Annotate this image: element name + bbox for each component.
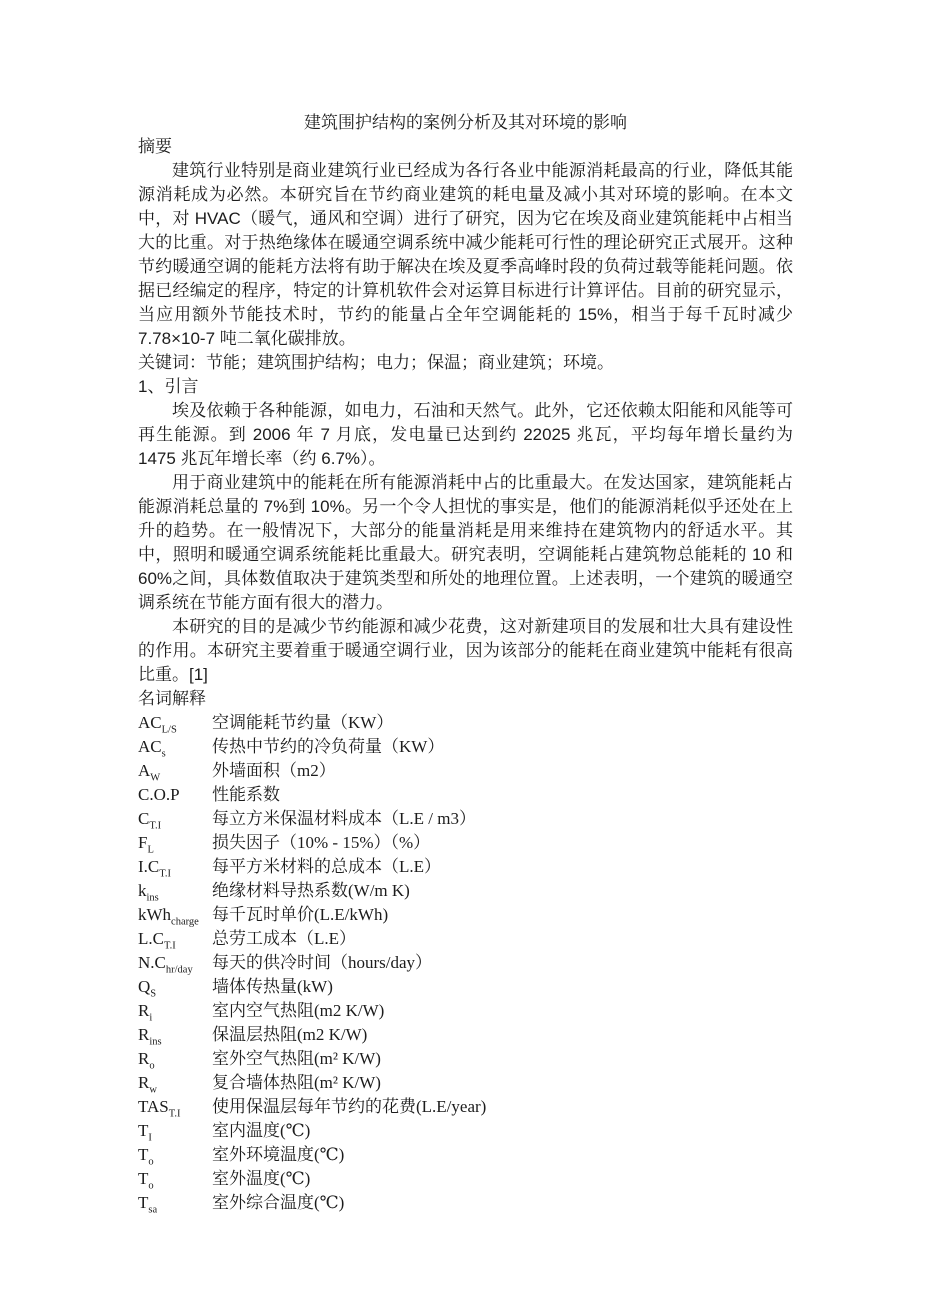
glossary-symbol: L.CT.I bbox=[138, 927, 212, 951]
glossary-symbol-main: A bbox=[138, 761, 150, 780]
glossary-symbol-sub: o bbox=[149, 1060, 154, 1071]
glossary-symbol-sub: o bbox=[148, 1156, 153, 1167]
glossary-symbol-sub: o bbox=[148, 1180, 153, 1191]
glossary-symbol: To bbox=[138, 1143, 212, 1167]
page-title: 建筑围护结构的案例分析及其对环境的影响 bbox=[138, 111, 793, 135]
glossary-symbol: N.Chr/day bbox=[138, 951, 212, 975]
glossary-symbol-sub: T.I bbox=[169, 1108, 181, 1119]
glossary-heading: 名词解释 bbox=[138, 687, 793, 711]
glossary-definition: 室外空气热阻(m² K/W) bbox=[212, 1047, 793, 1071]
glossary-symbol-sub: ins bbox=[149, 1036, 161, 1047]
glossary-symbol: kWhcharge bbox=[138, 903, 212, 927]
glossary-row: L.CT.I 总劳工成本（L.E） bbox=[138, 927, 793, 951]
glossary-definition: 传热中节约的冷负荷量（KW） bbox=[212, 735, 793, 759]
glossary-symbol-main: AC bbox=[138, 713, 162, 732]
glossary-symbol: AW bbox=[138, 759, 212, 783]
glossary-row: FL 损失因子（10% - 15%）（%） bbox=[138, 831, 793, 855]
glossary-row: TI 室内温度(℃) bbox=[138, 1119, 793, 1143]
glossary-symbol-sub: S bbox=[150, 988, 156, 999]
glossary-symbol: Rw bbox=[138, 1071, 212, 1095]
glossary-symbol-sub: s bbox=[162, 748, 166, 759]
glossary-row: AW 外墙面积（m2） bbox=[138, 759, 793, 783]
intro-paragraph-3: 本研究的目的是减少节约能源和减少花费，这对新建项目的发展和壮大具有建设性的作用。… bbox=[138, 615, 793, 687]
intro-paragraph-2: 用于商业建筑中的能耗在所有能源消耗中占的比重最大。在发达国家，建筑能耗占能源消耗… bbox=[138, 471, 793, 615]
glossary-symbol-main: R bbox=[138, 1049, 149, 1068]
glossary-symbol-main: L.C bbox=[138, 929, 164, 948]
glossary-symbol: CT.I bbox=[138, 807, 212, 831]
glossary-row: N.Chr/day 每天的供冷时间（hours/day） bbox=[138, 951, 793, 975]
glossary-symbol: TI bbox=[138, 1119, 212, 1143]
glossary-symbol-main: C bbox=[138, 809, 149, 828]
glossary-definition: 绝缘材料导热系数(W/m K) bbox=[212, 879, 793, 903]
glossary-definition: 每千瓦时单价(L.E/kWh) bbox=[212, 903, 793, 927]
glossary-symbol-sub: I bbox=[148, 1132, 152, 1143]
glossary-symbol-sub: i bbox=[149, 1012, 152, 1023]
glossary-symbol-main: R bbox=[138, 1001, 149, 1020]
glossary-symbol-main: T bbox=[138, 1121, 148, 1140]
glossary-symbol-main: R bbox=[138, 1073, 149, 1092]
glossary-symbol-sub: ins bbox=[147, 892, 159, 903]
glossary-definition: 每平方米材料的总成本（L.E） bbox=[212, 855, 793, 879]
glossary-definition: 空调能耗节约量（KW） bbox=[212, 711, 793, 735]
glossary-symbol: FL bbox=[138, 831, 212, 855]
glossary-row: QS 墙体传热量(kW) bbox=[138, 975, 793, 999]
glossary-symbol-main: Q bbox=[138, 977, 150, 996]
glossary-definition: 性能系数 bbox=[212, 783, 793, 807]
glossary-row: C.O.P 性能系数 bbox=[138, 783, 793, 807]
glossary-symbol: ACs bbox=[138, 735, 212, 759]
glossary-symbol: Rins bbox=[138, 1023, 212, 1047]
glossary-row: CT.I 每立方米保温材料成本（L.E / m3） bbox=[138, 807, 793, 831]
document-page: 建筑围护结构的案例分析及其对环境的影响 摘要 建筑行业特别是商业建筑行业已经成为… bbox=[0, 0, 926, 1309]
glossary-definition: 室内温度(℃) bbox=[212, 1119, 793, 1143]
glossary-definition: 室外环境温度(℃) bbox=[212, 1143, 793, 1167]
glossary-symbol-main: T bbox=[138, 1145, 148, 1164]
glossary-symbol-sub: sa bbox=[148, 1204, 157, 1215]
glossary-symbol-sub: T.I bbox=[149, 820, 161, 831]
glossary-symbol: C.O.P bbox=[138, 783, 212, 807]
keywords-line: 关键词：节能；建筑围护结构；电力；保温；商业建筑；环境。 bbox=[138, 351, 793, 375]
glossary-symbol-sub: T.I bbox=[164, 940, 176, 951]
glossary-row: Tsa 室外综合温度(℃) bbox=[138, 1191, 793, 1215]
glossary-definition: 损失因子（10% - 15%）（%） bbox=[212, 831, 793, 855]
glossary-row: ACL/S 空调能耗节约量（KW） bbox=[138, 711, 793, 735]
glossary-row: Ri 室内空气热阻(m2 K/W) bbox=[138, 999, 793, 1023]
glossary-definition: 保温层热阻(m2 K/W) bbox=[212, 1023, 793, 1047]
glossary-symbol-sub: w bbox=[149, 1084, 157, 1095]
glossary-symbol: QS bbox=[138, 975, 212, 999]
glossary-symbol-main: C.O.P bbox=[138, 785, 180, 804]
glossary-symbol-sub: charge bbox=[171, 916, 199, 927]
glossary-row: To 室外环境温度(℃) bbox=[138, 1143, 793, 1167]
glossary-symbol-main: N.C bbox=[138, 953, 166, 972]
glossary-symbol-sub: W bbox=[150, 772, 160, 783]
glossary-definition: 墙体传热量(kW) bbox=[212, 975, 793, 999]
intro-paragraph-1: 埃及依赖于各种能源，如电力，石油和天然气。此外，它还依赖太阳能和风能等可再生能源… bbox=[138, 399, 793, 471]
glossary-symbol-main: R bbox=[138, 1025, 149, 1044]
glossary-definition: 室外温度(℃) bbox=[212, 1167, 793, 1191]
glossary-definition: 每立方米保温材料成本（L.E / m3） bbox=[212, 807, 793, 831]
glossary-definition: 室内空气热阻(m2 K/W) bbox=[212, 999, 793, 1023]
glossary-definition: 总劳工成本（L.E） bbox=[212, 927, 793, 951]
glossary-symbol: kins bbox=[138, 879, 212, 903]
glossary-symbol-sub: hr/day bbox=[166, 964, 193, 975]
glossary-definition: 外墙面积（m2） bbox=[212, 759, 793, 783]
glossary-symbol-main: I.C bbox=[138, 857, 159, 876]
glossary-symbol: I.CT.I bbox=[138, 855, 212, 879]
abstract-heading: 摘要 bbox=[138, 135, 793, 159]
glossary-symbol: Ro bbox=[138, 1047, 212, 1071]
glossary-symbol-sub: L/S bbox=[162, 724, 177, 735]
glossary-definition: 复合墙体热阻(m² K/W) bbox=[212, 1071, 793, 1095]
glossary-definition: 每天的供冷时间（hours/day） bbox=[212, 951, 793, 975]
glossary-symbol-main: AC bbox=[138, 737, 162, 756]
glossary-symbol: TAST.I bbox=[138, 1095, 212, 1119]
glossary-list: ACL/S 空调能耗节约量（KW） ACs 传热中节约的冷负荷量（KW） AW … bbox=[138, 711, 793, 1215]
glossary-symbol-sub: T.I bbox=[159, 868, 171, 879]
section-heading-introduction: 1、引言 bbox=[138, 375, 793, 399]
glossary-row: Ro 室外空气热阻(m² K/W) bbox=[138, 1047, 793, 1071]
abstract-paragraph: 建筑行业特别是商业建筑行业已经成为各行各业中能源消耗最高的行业，降低其能源消耗成… bbox=[138, 159, 793, 351]
glossary-row: Rw 复合墙体热阻(m² K/W) bbox=[138, 1071, 793, 1095]
glossary-row: kWhcharge 每千瓦时单价(L.E/kWh) bbox=[138, 903, 793, 927]
glossary-row: Rins 保温层热阻(m2 K/W) bbox=[138, 1023, 793, 1047]
glossary-symbol-main: TAS bbox=[138, 1097, 169, 1116]
glossary-symbol-sub: L bbox=[147, 844, 153, 855]
glossary-definition: 使用保温层每年节约的花费(L.E/year) bbox=[212, 1095, 793, 1119]
glossary-symbol: To bbox=[138, 1167, 212, 1191]
glossary-row: I.CT.I 每平方米材料的总成本（L.E） bbox=[138, 855, 793, 879]
glossary-symbol: ACL/S bbox=[138, 711, 212, 735]
glossary-symbol-main: kWh bbox=[138, 905, 171, 924]
glossary-row: TAST.I 使用保温层每年节约的花费(L.E/year) bbox=[138, 1095, 793, 1119]
glossary-symbol-main: k bbox=[138, 881, 147, 900]
glossary-definition: 室外综合温度(℃) bbox=[212, 1191, 793, 1215]
glossary-row: kins 绝缘材料导热系数(W/m K) bbox=[138, 879, 793, 903]
glossary-row: ACs 传热中节约的冷负荷量（KW） bbox=[138, 735, 793, 759]
glossary-symbol: Ri bbox=[138, 999, 212, 1023]
glossary-symbol: Tsa bbox=[138, 1191, 212, 1215]
glossary-symbol-main: T bbox=[138, 1193, 148, 1212]
glossary-row: To 室外温度(℃) bbox=[138, 1167, 793, 1191]
glossary-symbol-main: T bbox=[138, 1169, 148, 1188]
